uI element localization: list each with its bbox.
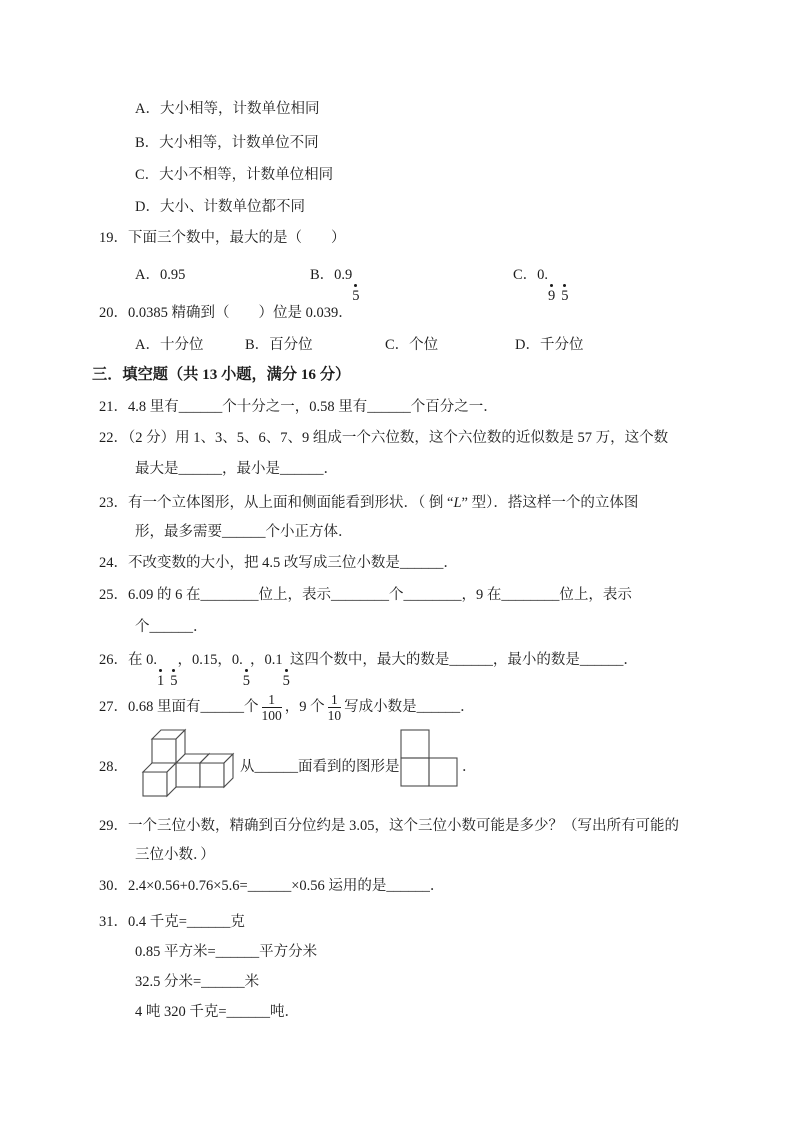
q26-mid1: ，0.15，0. (178, 652, 243, 668)
q26-pre: 26．在 0. (99, 652, 157, 668)
q18-option-a: A．大小相等，计数单位相同 (135, 99, 319, 119)
q26-text: 26．在 0.15，0.15，0.5，0.15这四个数中，最大的数是______… (99, 650, 638, 688)
cube-figure-3d (141, 724, 236, 799)
q23-line1-pre: 23．有一个立体图形，从上面和侧面能看到形状．（ 倒 “ (99, 495, 453, 511)
cube-figure-2d (400, 729, 459, 788)
repeat-dot-icon (285, 669, 288, 672)
fraction-denominator: 100 (262, 708, 282, 722)
l-shape-squares-drawing (400, 729, 459, 788)
repeat-digit: 5 (561, 289, 568, 303)
fraction-numerator: 1 (328, 693, 342, 708)
q23-italic-variable: L (453, 495, 461, 511)
repeat-dot-icon (563, 284, 566, 287)
repeating-decimal-digit: 5 (283, 669, 290, 688)
q31-line3: 32.5 分米=______米 (135, 972, 259, 992)
fraction-1-100: 1100 (262, 693, 282, 722)
q21-text: 21．4.8 里有______个十分之一，0.58 里有______个百分之一． (99, 397, 498, 417)
q31-line1: 31．0.4 千克=______克 (99, 912, 245, 932)
repeating-decimal-digit: 5 (243, 669, 250, 688)
q28-text: 从______面看到的图形是 (240, 757, 400, 777)
q23-line1-post: ” 型）．搭这样一个的立体图 (462, 495, 639, 511)
q29-line1: 29．一个三位小数，精确到百分位约是 3.05，这个三位小数可能是多少？（写出所… (99, 816, 679, 836)
fraction-numerator: 1 (262, 693, 282, 708)
q25-line2: 个______． (135, 617, 208, 637)
q19-option-a: A．0.95 (135, 265, 185, 285)
q20-option-c: C．个位 (385, 335, 438, 355)
repeating-decimal-digit: 5 (561, 284, 568, 303)
repeat-digit: 9 (548, 289, 555, 303)
q20-stem: 20．0.0385 精确到（ ）位是 0.039． (99, 303, 353, 323)
q27-text: 27．0.68 里面有______个1100，9 个110写成小数是______… (99, 693, 475, 722)
repeat-digit: 5 (283, 674, 290, 688)
q23-line1: 23．有一个立体图形，从上面和侧面能看到形状．（ 倒 “L” 型）．搭这样一个的… (99, 493, 638, 513)
q18-option-d: D．大小、计数单位都不同 (135, 197, 305, 217)
repeat-digit: 5 (170, 674, 177, 688)
repeating-decimal-digit: 5 (352, 284, 359, 303)
q28-period: ． (462, 757, 477, 777)
repeat-dot-icon (159, 669, 162, 672)
repeat-digit: 5 (243, 674, 250, 688)
q27-pre: 27．0.68 里面有______个 (99, 699, 259, 715)
q19-option-b: B．0.95 (310, 265, 360, 303)
q31-line4: 4 吨 320 千克=______吨． (135, 1002, 299, 1022)
fraction-1-10: 110 (328, 693, 342, 722)
q19-option-c-text: C．0. (513, 267, 548, 283)
section-header-fill-in-blank: 三．填空题（共 13 小题，满分 16 分） (92, 365, 350, 385)
q19-option-b-text: B．0.9 (310, 267, 352, 283)
q25-line1: 25．6.09 的 6 在________位上，表示________个_____… (99, 585, 632, 605)
repeat-dot-icon (172, 669, 175, 672)
repeat-digit: 1 (157, 674, 164, 688)
repeat-dot-icon (550, 284, 553, 287)
q18-option-c: C．大小不相等，计数单位相同 (135, 165, 333, 185)
q23-line2: 形，最多需要______个小正方体． (135, 522, 353, 542)
q27-post: 写成小数是______． (344, 699, 475, 715)
q29-line2: 三位小数．） (135, 845, 215, 865)
q19-stem: 19．下面三个数中，最大的是（ ） (99, 228, 346, 248)
q22-line2: 最大是______，最小是______． (135, 459, 338, 479)
repeat-digit: 5 (352, 289, 359, 303)
q18-option-b: B．大小相等，计数单位不同 (135, 133, 319, 153)
q31-line2: 0.85 平方米=______平方分米 (135, 942, 317, 962)
q24-text: 24．不改变数的大小，把 4.5 改写成三位小数是______． (99, 553, 458, 573)
repeating-decimal-digit: 9 (548, 284, 555, 303)
q20-option-d: D．千分位 (515, 335, 583, 355)
exam-page: A．大小相等，计数单位相同 B．大小相等，计数单位不同 C．大小不相等，计数单位… (0, 0, 793, 1122)
q19-option-c: C．0.95 (513, 265, 569, 303)
fraction-denominator: 10 (328, 708, 342, 722)
repeating-decimal-digit: 5 (170, 669, 177, 688)
q20-option-b: B．百分位 (245, 335, 313, 355)
q27-mid: ，9 个 (285, 699, 325, 715)
q30-text: 30．2.4×0.56+0.76×5.6=______×0.56 运用的是___… (99, 876, 444, 896)
q20-option-a: A．十分位 (135, 335, 203, 355)
repeat-dot-icon (354, 284, 357, 287)
q26-post: 这四个数中，最大的数是______，最小的数是______． (290, 652, 638, 668)
q22-line1: 22．（2 分）用 1、3、5、6、7、9 组成一个六位数，这个六位数的近似数是… (99, 428, 668, 448)
repeating-decimal-digit: 1 (157, 669, 164, 688)
q28-number: 28． (99, 757, 128, 777)
isometric-cubes-drawing (141, 724, 236, 799)
repeat-dot-icon (245, 669, 248, 672)
q26-mid2: ，0.1 (250, 652, 283, 668)
